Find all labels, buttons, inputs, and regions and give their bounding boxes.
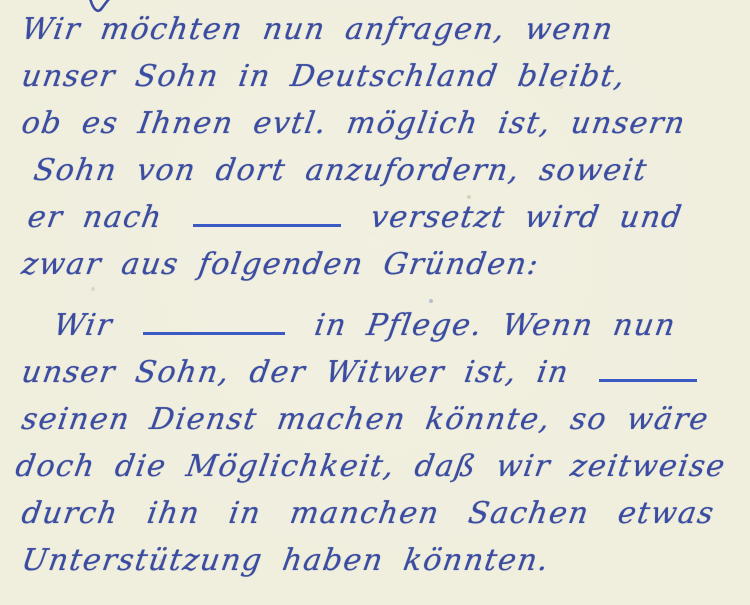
paragraph-2: Wir in Pflege. Wenn nun unser Sohn, der … bbox=[22, 302, 744, 584]
handwriting-line: durch ihn in manchen Sachen etwas bbox=[22, 490, 744, 537]
handwriting-text: Wir möchten nun anfragen, wenn bbox=[18, 6, 617, 53]
handwriting-text: durch ihn in manchen Sachen etwas bbox=[18, 490, 718, 537]
letter-page: Wir möchten nun anfragen, wenn unser Soh… bbox=[0, 0, 750, 605]
handwriting-text: doch die Möglichkeit, daß wir zeitweise bbox=[12, 443, 729, 490]
paragraph-1: Wir möchten nun anfragen, wenn unser Soh… bbox=[22, 6, 744, 288]
handwriting-line: doch die Möglichkeit, daß wir zeitweise bbox=[16, 443, 744, 490]
handwriting-text: er nach bbox=[24, 194, 166, 241]
handwriting-line: er nach versetzt wird und bbox=[28, 194, 744, 241]
handwriting-text: seinen Dienst machen könnte, so wäre bbox=[18, 396, 712, 443]
redaction-blank-3 bbox=[599, 379, 697, 382]
handwriting-line: seinen Dienst machen könnte, so wäre bbox=[22, 396, 744, 443]
handwriting-line: Sohn von dort anzufordern, soweit bbox=[34, 147, 744, 194]
handwriting-text: ob es Ihnen evtl. möglich ist, unsern bbox=[18, 100, 689, 147]
handwriting-line: Unterstützung haben könnten. bbox=[22, 537, 744, 584]
redaction-blank-1 bbox=[193, 224, 341, 227]
handwriting-text: Unterstützung haben könnten. bbox=[18, 537, 553, 584]
handwriting-line: Wir möchten nun anfragen, wenn bbox=[22, 6, 744, 53]
handwriting-line: unser Sohn in Deutschland bleibt, bbox=[22, 53, 744, 100]
handwriting-line: Wir in Pflege. Wenn nun bbox=[54, 302, 744, 349]
handwriting-text: versetzt wird und bbox=[367, 194, 686, 241]
handwriting-text: zwar aus folgenden Gründen: bbox=[18, 241, 543, 288]
paper-specks bbox=[0, 0, 2, 2]
handwriting-text: Wir bbox=[50, 302, 116, 349]
handwriting-line: ob es Ihnen evtl. möglich ist, unsern bbox=[22, 100, 744, 147]
handwriting-line: zwar aus folgenden Gründen: bbox=[22, 241, 744, 288]
handwriting-line: unser Sohn, der Witwer ist, in bbox=[22, 349, 744, 396]
redaction-blank-2 bbox=[143, 332, 285, 335]
handwriting-text: Sohn von dort anzufordern, soweit bbox=[30, 147, 651, 194]
handwriting-text: unser Sohn in Deutschland bleibt, bbox=[18, 53, 629, 100]
handwriting-text: in Pflege. Wenn nun bbox=[311, 302, 679, 349]
handwriting-text: unser Sohn, der Witwer ist, in bbox=[18, 349, 573, 396]
letter-body: Wir möchten nun anfragen, wenn unser Soh… bbox=[22, 6, 744, 584]
